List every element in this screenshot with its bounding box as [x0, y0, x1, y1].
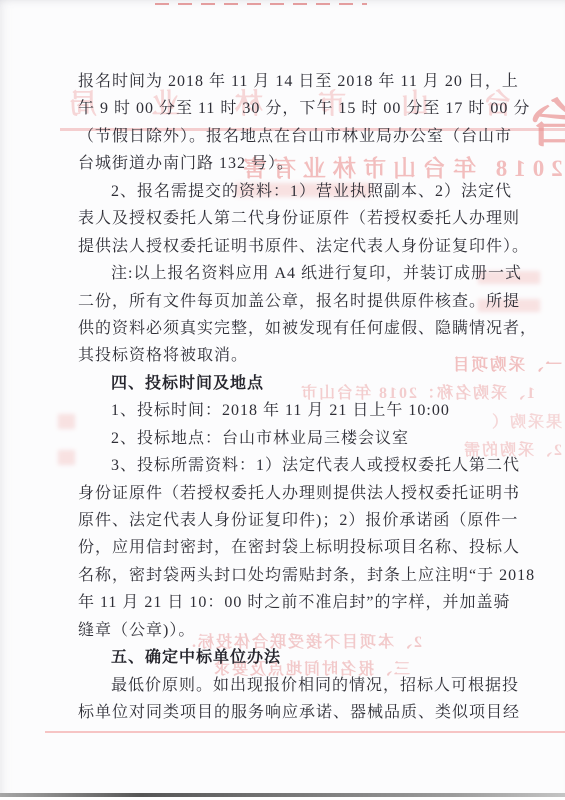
text-line: 最低价原则。如出现报价相同的情况，招标人可根据投 [78, 672, 518, 699]
text-line: 提供法人授权委托证明书原件、法定代表人身份证复印件）。 [78, 233, 518, 260]
text-line: 五、确定中标单位办法 [78, 644, 518, 671]
document-body: 报名时间为 2018 年 11 月 14 日至 2018 年 11 月 20 日… [78, 68, 518, 727]
text-line: 2、投标地点：台山市林业局三楼会议室 [78, 425, 518, 452]
text-line: 其投标资格将被取消。 [78, 342, 518, 369]
text-line: 二份，所有文件每页加盖公章，报名时提供原件核查。所提 [78, 288, 518, 315]
text-line: 名称，密封袋两头封口处均需贴封条，封条上应注明“于 2018 [78, 562, 518, 589]
text-line: 标单位对同类项目的服务响应承诺、器械品质、类似项目经 [78, 699, 518, 726]
document-page: 台山市林业局 台 2018 年台山市林业有害 一、采购项目 1、采购名称：201… [0, 0, 565, 800]
text-line: 缝章（公章)）。 [78, 617, 518, 644]
text-line: 供的资料必须真实完整，如被发现有任何虚假、隐瞒情况者， [78, 315, 518, 342]
text-line: 表人及授权委托人第二代身份证原件（若授权委托人办理则 [78, 205, 518, 232]
top-red-scan-mark [155, 3, 367, 5]
bleedthrough-bottom-rule [45, 731, 565, 733]
text-line: （节假日除外）。报名地点在台山市林业局办公室（台山市 [78, 123, 518, 150]
text-line: 3、投标所需资料：1）法定代表人或授权委托人第二代 [78, 452, 518, 479]
text-line: 台城街道办南门路 132 号）。 [78, 150, 518, 177]
text-line: 2、报名需提交的资料：1）营业执照副本、2）法定代 [78, 178, 518, 205]
text-line: 身份证原件（若授权委托人办理则提供法人授权委托证明书 [78, 480, 518, 507]
bleedthrough-smudge [58, 450, 75, 465]
text-line: 午 9 时 00 分至 11 时 30 分，下午 15 时 00 分至 17 时… [78, 95, 518, 122]
text-line: 原件、法定代表人身份证复印件)；2）报价承诺函（原件一 [78, 507, 518, 534]
text-line: 注:以上报名资料应用 A4 纸进行复印，并装订成册一式 [78, 260, 518, 287]
bleedthrough-smudge [58, 414, 75, 429]
text-line: 四、投标时间及地点 [78, 370, 518, 397]
text-line: 年 11 月 21 日 10：00 时之前不准启封”的字样，并加盖骑 [78, 589, 518, 616]
text-line: 1、投标时间：2018 年 11 月 21 日上午 10:00 [78, 397, 518, 424]
bleedthrough-letterhead-right-char: 台 [529, 82, 565, 157]
text-line: 份，应用信封密封，在密封袋上标明投标项目名称、投标人 [78, 534, 518, 561]
text-line: 报名时间为 2018 年 11 月 14 日至 2018 年 11 月 20 日… [78, 68, 518, 95]
